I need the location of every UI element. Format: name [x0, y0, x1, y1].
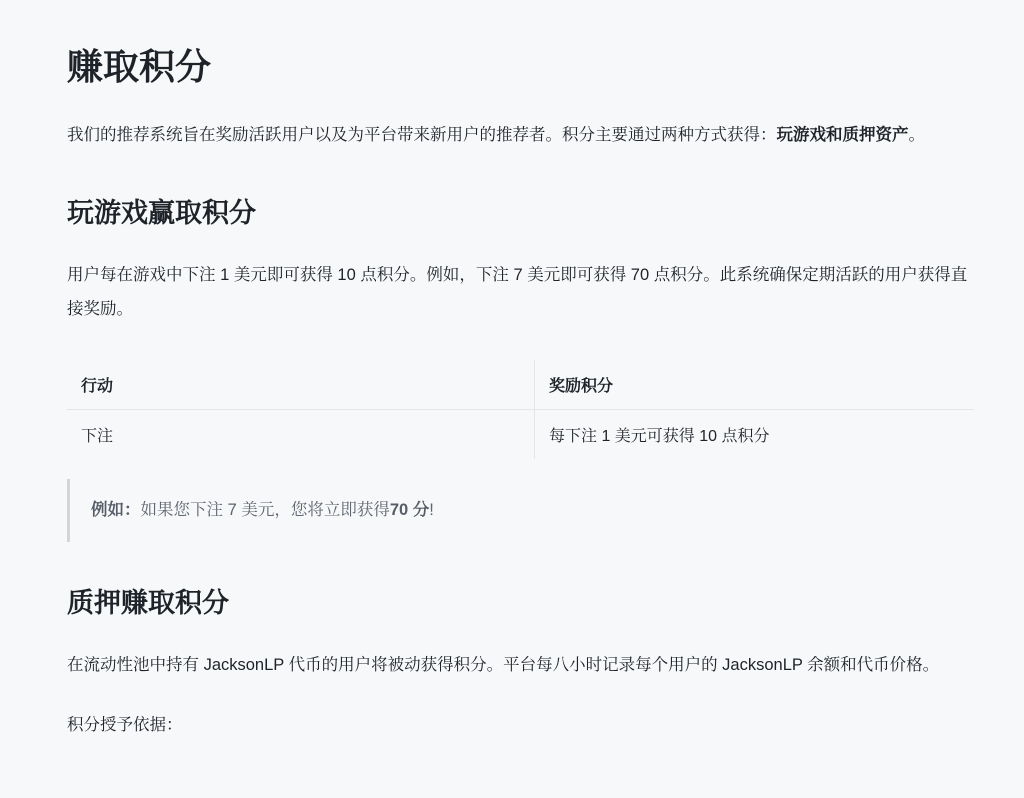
- intro-text-bold: 玩游戏和质押资产: [777, 126, 909, 144]
- section-heading-play-games: 玩游戏赢取积分: [67, 196, 974, 230]
- intro-text-normal-1: 我们的推荐系统旨在奖励活跃用户以及为平台带来新用户的推荐者。积分主要通过两种方式…: [67, 126, 777, 144]
- table-cell-action: 下注: [67, 410, 535, 460]
- example-quote: 例如：如果您下注 7 美元，您将立即获得70 分!: [67, 479, 974, 542]
- rewards-table: 行动 奖励积分 下注 每下注 1 美元可获得 10 点积分: [67, 360, 974, 459]
- quote-text-1: 如果您下注 7 美元，您将立即获得: [141, 501, 390, 519]
- bottom-spacer: [67, 768, 974, 798]
- intro-paragraph: 我们的推荐系统旨在奖励活跃用户以及为平台带来新用户的推荐者。积分主要通过两种方式…: [67, 118, 974, 152]
- table-header-action: 行动: [67, 360, 535, 410]
- play-games-description: 用户每在游戏中下注 1 美元即可获得 10 点积分。例如，下注 7 美元即可获得…: [67, 258, 974, 326]
- stake-description: 在流动性池中持有 JacksonLP 代币的用户将被动获得积分。平台每八小时记录…: [67, 648, 974, 682]
- table-cell-reward: 每下注 1 美元可获得 10 点积分: [535, 410, 975, 460]
- quote-text-2: !: [429, 501, 434, 519]
- table-header-row: 行动 奖励积分: [67, 360, 974, 410]
- table-header-reward: 奖励积分: [535, 360, 975, 410]
- points-basis-text: 积分授予依据：: [67, 708, 974, 742]
- quote-bold-points: 70 分: [390, 501, 429, 519]
- doc-page: 赚取积分 我们的推荐系统旨在奖励活跃用户以及为平台带来新用户的推荐者。积分主要通…: [67, 0, 974, 798]
- table-row: 下注 每下注 1 美元可获得 10 点积分: [67, 410, 974, 460]
- section-heading-stake: 质押赚取积分: [67, 586, 974, 620]
- page-title: 赚取积分: [67, 44, 974, 90]
- intro-text-normal-2: 。: [909, 126, 926, 144]
- quote-label: 例如：: [91, 501, 141, 519]
